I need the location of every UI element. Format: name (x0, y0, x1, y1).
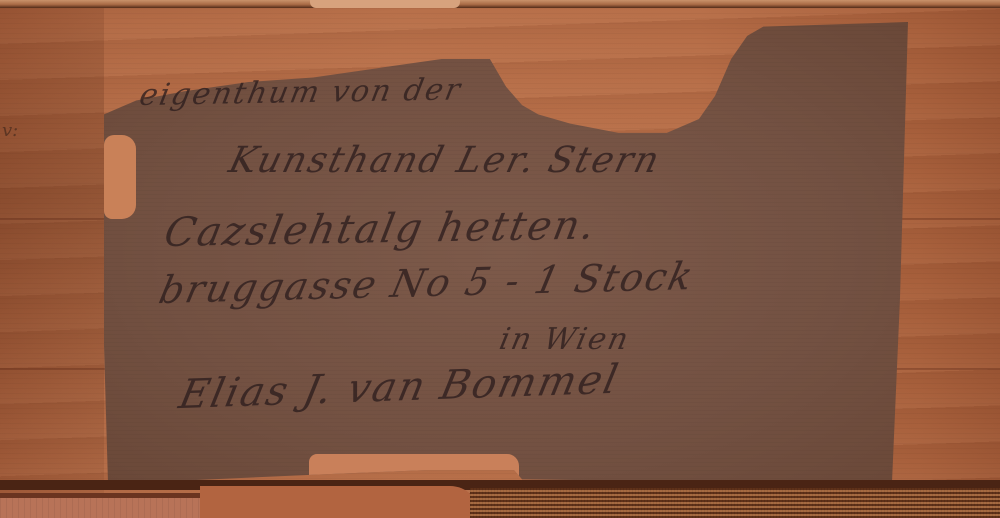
inscription-signature: Elias J. van Bommel (175, 356, 624, 418)
inscription-line-1: eigenthum von der (137, 72, 465, 113)
inscription-line-5: in Wien (496, 322, 633, 357)
wood-endgrain (200, 486, 480, 518)
inscription-line-4: bruggasse No 5 - 1 Stock (155, 254, 699, 312)
canvas-edge (470, 488, 1000, 518)
inscription-line-2: Kunsthand Ler. Stern (225, 140, 665, 181)
stretcher-plank (0, 498, 200, 518)
margin-mark: v: (2, 120, 18, 141)
frame-bottom-edge (0, 480, 1000, 518)
inscription-line-3: Cazslehtalg hetten. (161, 202, 601, 256)
handwritten-inscription: v: eigenthum von der Kunsthand Ler. Ster… (0, 0, 1000, 518)
